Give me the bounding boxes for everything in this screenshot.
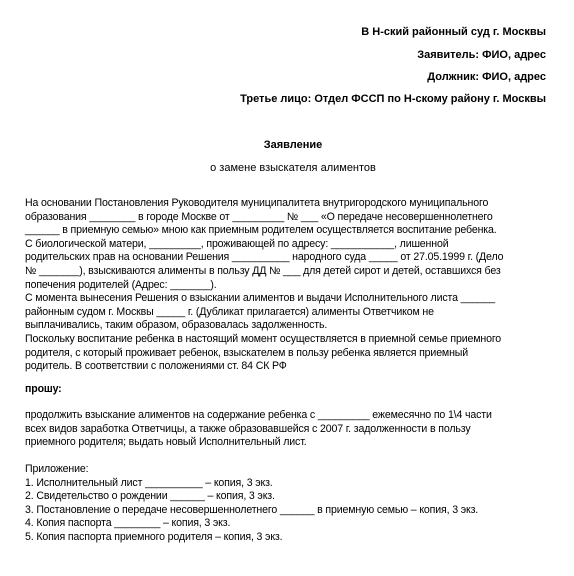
document-title: Заявление — [6, 139, 574, 151]
applicant-line: Заявитель: ФИО, адрес — [417, 49, 546, 61]
body-line: родитель. В соответствии с положениями с… — [25, 360, 555, 374]
attachment-item: 3. Постановление о передаче несовершенно… — [25, 504, 555, 518]
body-line: попечения родителей (Адрес: _______). — [25, 279, 555, 293]
body-line: районным судом г. Москвы _____ г. (Дубли… — [25, 306, 555, 320]
body-line: С биологической матери, _________, прожи… — [25, 238, 555, 252]
attachment-item: 2. Свидетельство о рождении ______ – коп… — [25, 490, 555, 504]
body-line: Поскольку воспитание ребенка в настоящий… — [25, 333, 555, 347]
body-line: выплачивались, таким образом, образовала… — [25, 319, 555, 333]
body-paragraphs: На основании Постановления Руководителя … — [25, 197, 555, 374]
addressee-court: В Н-ский районный суд г. Москвы — [361, 26, 546, 38]
body-line: образования ________ в городе Москве от … — [25, 211, 555, 225]
body-line: С момента вынесения Решения о взыскании … — [25, 292, 555, 306]
body-line: № _______), взыскиваются алименты в поль… — [25, 265, 555, 279]
request-line: всех видов заработка Ответчицы, а также … — [25, 423, 555, 437]
body-line: родительских прав на основании Решения _… — [25, 251, 555, 265]
document-subtitle: о замене взыскателя алиментов — [6, 162, 574, 174]
attachment-item: 4. Копия паспорта ________ – копия, 3 эк… — [25, 517, 555, 531]
request-text: продолжить взыскание алиментов на содерж… — [25, 409, 555, 450]
attachment-item: 5. Копия паспорта приемного родителя – к… — [25, 531, 555, 545]
body-line: На основании Постановления Руководителя … — [25, 197, 555, 211]
body-line: родителя, с который проживает ребенок, в… — [25, 347, 555, 361]
attachments-section: Приложение: 1. Исполнительный лист _____… — [25, 463, 555, 545]
request-line: продолжить взыскание алиментов на содерж… — [25, 409, 555, 423]
request-label: прошу: — [25, 383, 555, 397]
attachment-item: 1. Исполнительный лист __________ – копи… — [25, 477, 555, 491]
body-line: ______ в приемную семью» мною как приемн… — [25, 224, 555, 238]
third-party-line: Третье лицо: Отдел ФССП по Н-скому район… — [240, 93, 546, 105]
debtor-line: Должник: ФИО, адрес — [427, 71, 546, 83]
attachments-label: Приложение: — [25, 463, 555, 477]
request-section: прошу: — [25, 383, 555, 397]
request-line: приемного родителя; выдать новый Исполни… — [25, 436, 555, 450]
